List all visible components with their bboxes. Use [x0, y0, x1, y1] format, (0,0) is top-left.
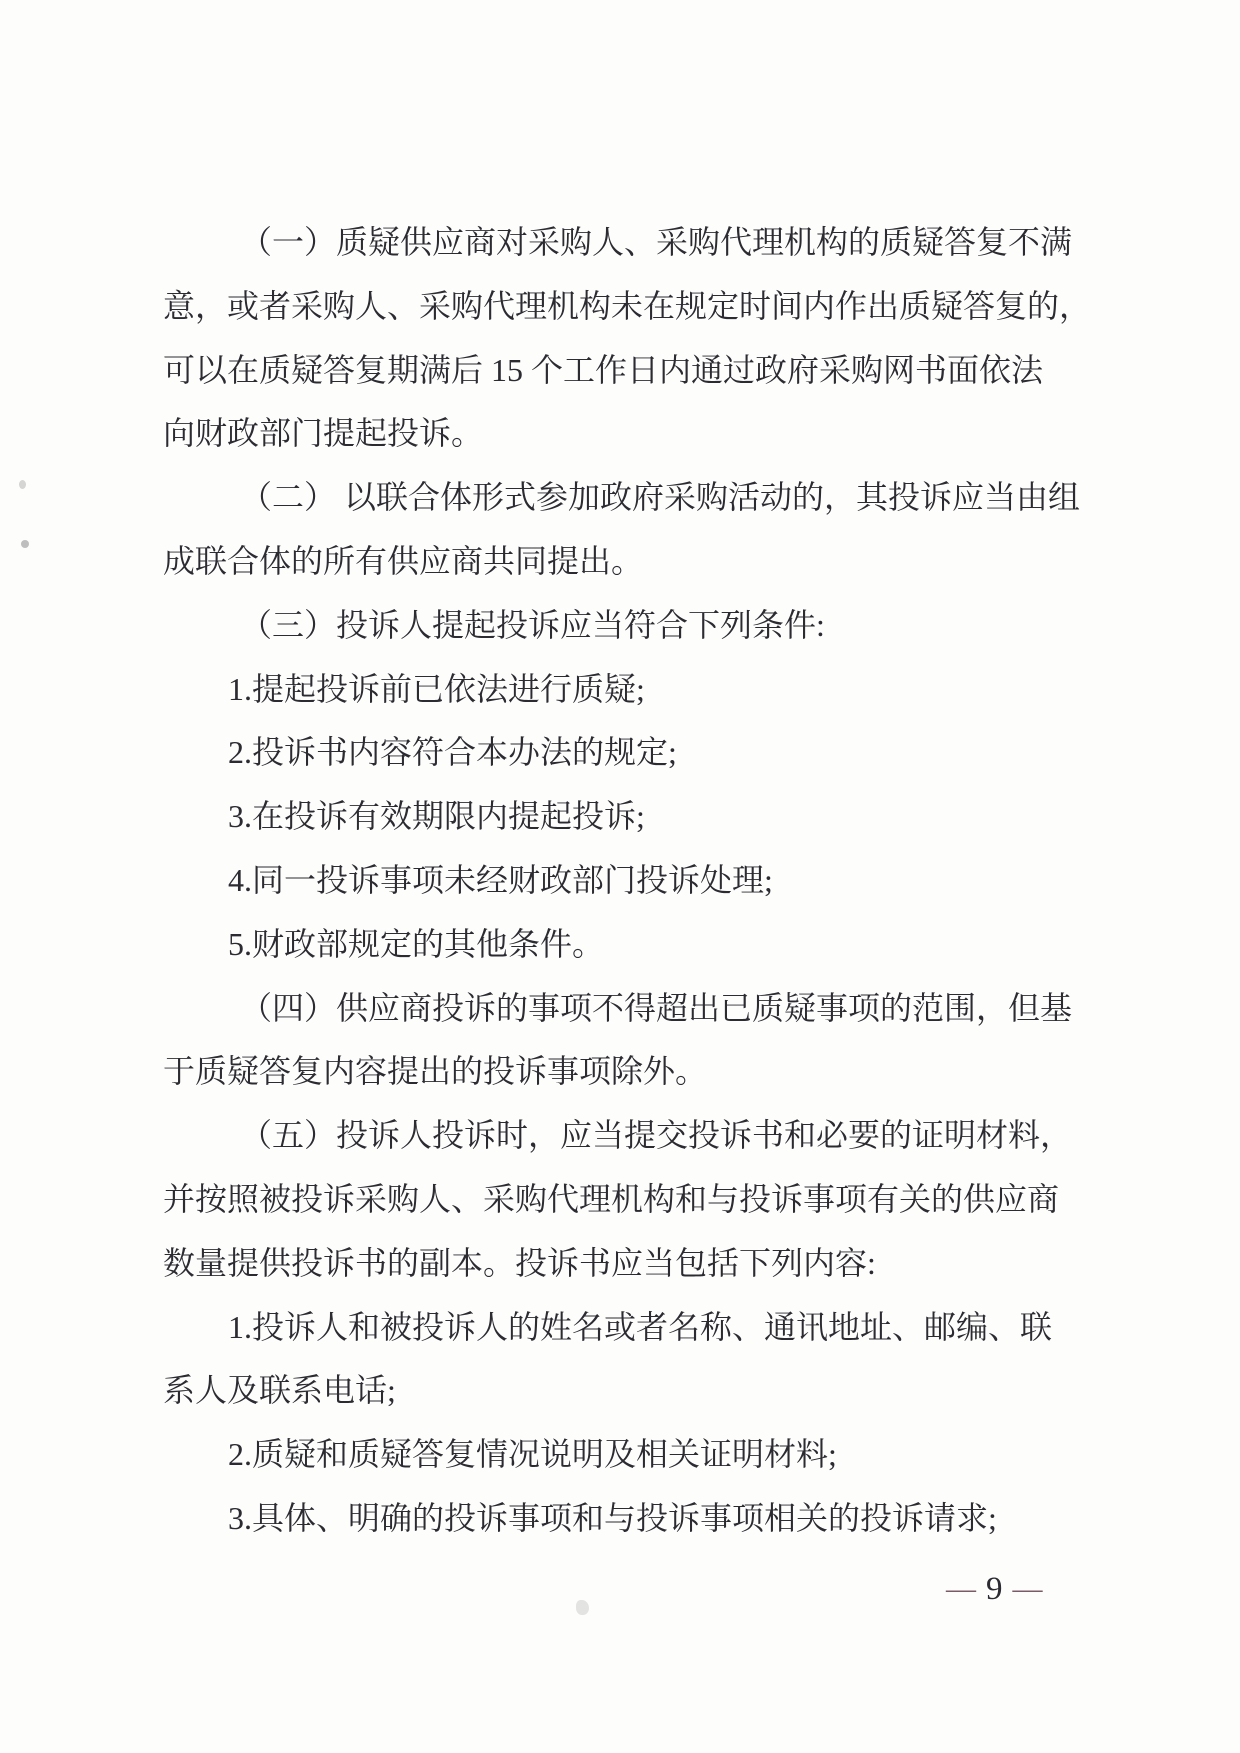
- text-line: 系人及联系电话;: [163, 1359, 1078, 1423]
- page-number-value: 9: [986, 1568, 1003, 1610]
- document-body: （一）质疑供应商对采购人、采购代理机构的质疑答复不满意，或者采购人、采购代理机构…: [163, 211, 1078, 1551]
- text-line: （四）供应商投诉的事项不得超出已质疑事项的范围，但基: [163, 977, 1078, 1041]
- text-line: （五）投诉人投诉时，应当提交投诉书和必要的证明材料，: [163, 1104, 1078, 1168]
- text-line: 向财政部门提起投诉。: [163, 402, 1078, 466]
- text-line: 1.投诉人和被投诉人的姓名或者名称、通讯地址、邮编、联: [163, 1296, 1078, 1360]
- text-line: 5.财政部规定的其他条件。: [163, 913, 1078, 977]
- text-line: （三）投诉人提起投诉应当符合下列条件:: [163, 594, 1078, 658]
- text-line: 并按照被投诉采购人、采购代理机构和与投诉事项有关的供应商: [163, 1168, 1078, 1232]
- text-line: 2.质疑和质疑答复情况说明及相关证明材料;: [163, 1423, 1078, 1487]
- page-number-dash-left: —: [946, 1568, 976, 1610]
- text-line: 可以在质疑答复期满后 15 个工作日内通过政府采购网书面依法: [163, 339, 1078, 403]
- text-line: 数量提供投诉书的副本。投诉书应当包括下列内容:: [163, 1232, 1078, 1296]
- text-line: 4.同一投诉事项未经财政部门投诉处理;: [163, 849, 1078, 913]
- scan-speck: [21, 540, 29, 548]
- text-line: 1.提起投诉前已依法进行质疑;: [163, 658, 1078, 722]
- page-number-dash-right: —: [1013, 1568, 1043, 1610]
- text-line: （二） 以联合体形式参加政府采购活动的，其投诉应当由组: [163, 466, 1078, 530]
- text-line: 于质疑答复内容提出的投诉事项除外。: [163, 1040, 1078, 1104]
- page-number: — 9 —: [946, 1568, 1043, 1610]
- text-line: 意，或者采购人、采购代理机构未在规定时间内作出质疑答复的，: [163, 275, 1078, 339]
- text-line: 成联合体的所有供应商共同提出。: [163, 530, 1078, 594]
- text-line: （一）质疑供应商对采购人、采购代理机构的质疑答复不满: [163, 211, 1078, 275]
- text-line: 3.具体、明确的投诉事项和与投诉事项相关的投诉请求;: [163, 1487, 1078, 1551]
- scan-speck: [19, 480, 26, 489]
- text-line: 2.投诉书内容符合本办法的规定;: [163, 721, 1078, 785]
- document-page: （一）质疑供应商对采购人、采购代理机构的质疑答复不满意，或者采购人、采购代理机构…: [0, 0, 1240, 1753]
- scan-speck: [576, 1600, 589, 1615]
- text-line: 3.在投诉有效期限内提起投诉;: [163, 785, 1078, 849]
